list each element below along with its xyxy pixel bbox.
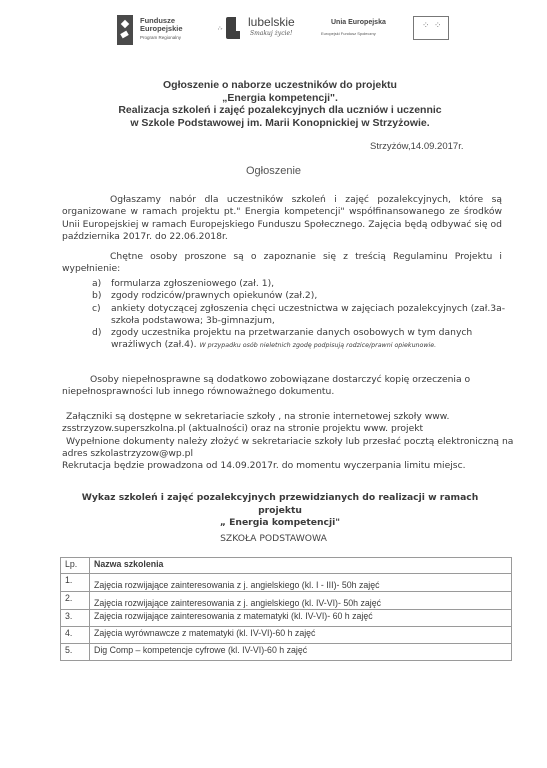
table-row: 2. Zajęcia rozwijające zainteresowania z… bbox=[61, 592, 512, 610]
table-cell-lp: 1. bbox=[61, 574, 90, 592]
attachments-line: zsstrzyzow.superszkolna.pl (aktualności)… bbox=[62, 423, 522, 435]
logo-unia-europejska: Unia Europejska Europejski Fundusz Społe… bbox=[321, 19, 451, 45]
fundusze-europejskie-mark-icon bbox=[117, 15, 133, 45]
list-marker: d) bbox=[92, 327, 101, 339]
table-cell-name: Zajęcia wyrównawcze z matematyki (kl. IV… bbox=[90, 627, 512, 644]
document-list: a) formularza zgłoszeniowego (zał. 1), b… bbox=[92, 278, 512, 353]
logo-lubelskie-name: lubelskie bbox=[248, 15, 295, 29]
logo-lubelskie-slogan: Smakuj życie! bbox=[250, 30, 292, 37]
paragraph-instructions: Chętne osoby proszone są o zapoznanie si… bbox=[62, 251, 502, 276]
logo-ue-title: Unia Europejska bbox=[331, 19, 386, 26]
logo-fe-line3: Program Regionalny bbox=[140, 35, 181, 40]
paragraph-announcement: Ogłaszamy nabór dla uczestników szkoleń … bbox=[62, 194, 502, 243]
school-type-label: SZKOŁA PODSTAWOWA bbox=[0, 533, 547, 544]
table-row: 5. Dig Comp – kompetencje cyfrowe (kl. I… bbox=[61, 644, 512, 661]
attachments-line: Załączniki są dostępne w sekretariacie s… bbox=[62, 411, 522, 423]
table-header-lp: Lp. bbox=[61, 558, 90, 574]
logo-fe-line2: Europejskie bbox=[140, 25, 183, 33]
table-header-row: Lp. Nazwa szkolenia bbox=[61, 558, 512, 574]
table-cell-name: Zajęcia rozwijające zainteresowania z j.… bbox=[90, 592, 512, 610]
table-cell-lp: 5. bbox=[61, 644, 90, 661]
title-line: Ogłoszenie o naborze uczestników do proj… bbox=[60, 79, 500, 92]
title-line: w Szkole Podstawowej im. Marii Konopnick… bbox=[60, 117, 500, 130]
table-cell-lp: 3. bbox=[61, 610, 90, 627]
attachments-line: Rekrutacja będzie prowadzona od 14.09.20… bbox=[62, 460, 522, 472]
list-item-note: W przypadku osób nieletnich zgodę podpis… bbox=[199, 342, 436, 349]
list-marker: c) bbox=[92, 303, 101, 315]
list-item-text: ankiety dotyczącej zgłoszenia chęci ucze… bbox=[111, 303, 505, 326]
attachments-line: adres szkolastrzyzow@wp.pl bbox=[62, 448, 522, 460]
table-row: 1. Zajęcia rozwijające zainteresowania z… bbox=[61, 574, 512, 592]
table-cell-name: Zajęcia rozwijające zainteresowania z j.… bbox=[90, 574, 512, 592]
title-line: „Energia kompetencji". bbox=[60, 92, 500, 105]
logo-lubelskie: ∴· lubelskie Smakuj życie! bbox=[218, 15, 308, 45]
paragraph-attachments: Załączniki są dostępne w sekretariacie s… bbox=[62, 411, 522, 472]
paragraph-disabilities: Osoby niepełnosprawne są dodatkowo zobow… bbox=[62, 374, 502, 399]
title-line: Realizacja szkoleń i zajęć pozalekcyjnyc… bbox=[60, 104, 500, 117]
list-marker: b) bbox=[92, 290, 101, 302]
eu-stars-icon: ⁘ ⁘ bbox=[422, 20, 443, 31]
list-marker: a) bbox=[92, 278, 101, 290]
table-cell-name: Dig Comp – kompetencje cyfrowe (kl. IV-V… bbox=[90, 644, 512, 661]
list-item: c) ankiety dotyczącej zgłoszenia chęci u… bbox=[92, 303, 512, 328]
document-title: Ogłoszenie o naborze uczestników do proj… bbox=[60, 79, 500, 129]
table-cell-lp: 2. bbox=[61, 592, 90, 610]
attachments-line: Wypełnione dokumenty należy złożyć w sek… bbox=[62, 436, 522, 448]
lubelskie-mark-icon bbox=[226, 17, 236, 39]
courses-list-heading: Wykaz szkoleń i zajęć pozalekcyjnych prz… bbox=[60, 492, 500, 530]
list-item: d) zgody uczestnika projektu na przetwar… bbox=[92, 327, 512, 353]
table-row: 4. Zajęcia wyrównawcze z matematyki (kl.… bbox=[61, 627, 512, 644]
table-row: 3. Zajęcia rozwijające zainteresowania z… bbox=[61, 610, 512, 627]
logo-fundusze-europejskie: Fundusze Europejskie Program Regionalny bbox=[117, 15, 197, 49]
lubelskie-dots-icon: ∴· bbox=[218, 25, 222, 32]
logo-ue-subtitle: Europejski Fundusz Społeczny bbox=[321, 31, 376, 36]
wykaz-line: „ Energia kompetencji" bbox=[60, 517, 500, 530]
list-item: b) zgody rodziców/prawnych opiekunów (za… bbox=[92, 290, 512, 302]
list-item: a) formularza zgłoszeniowego (zał. 1), bbox=[92, 278, 512, 290]
list-item-text: zgody rodziców/prawnych opiekunów (zał.2… bbox=[111, 290, 317, 301]
wykaz-line: Wykaz szkoleń i zajęć pozalekcyjnych prz… bbox=[60, 492, 500, 517]
table-header-name: Nazwa szkolenia bbox=[90, 558, 512, 574]
section-heading: Ogłoszenie bbox=[0, 165, 547, 177]
eu-flag-icon: ⁘ ⁘ bbox=[413, 16, 449, 40]
list-item-text: formularza zgłoszeniowego (zał. 1), bbox=[111, 278, 274, 289]
table-cell-lp: 4. bbox=[61, 627, 90, 644]
table-cell-name: Zajęcia rozwijające zainteresowania z ma… bbox=[90, 610, 512, 627]
courses-table: Lp. Nazwa szkolenia 1. Zajęcia rozwijają… bbox=[60, 557, 512, 661]
document-date: Strzyżów,14.09.2017r. bbox=[370, 141, 463, 152]
